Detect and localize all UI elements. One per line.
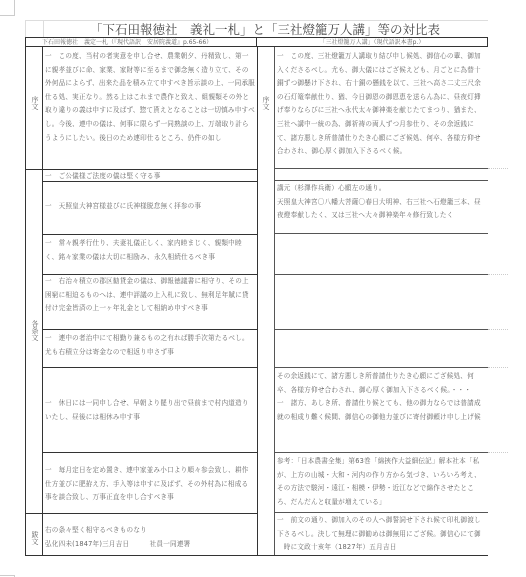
left-article-3: 一 常々親孝行仕り、夫妻礼儀正しく、家内睦まじく、親類中睦く、銘々家業の儀は大切… (43, 237, 257, 273)
right-row-divider (274, 274, 488, 275)
right-article-7-reference: 参考：「日本農書全集」第63巻「綿挾作大益細伝記」解本社本「私が、上方の山城・大… (275, 455, 488, 512)
right-table-bottom (257, 555, 488, 556)
left-article-2: 一 天照皇大神宮様並びに氏神様脱怠無く拝参の事 (43, 200, 257, 220)
guide-mark (488, 168, 508, 169)
left-article-7: 一 毎月定日を定め置き、連中家並み小口より順々参会致し、耕作仕方並びに肥拵え方、… (43, 464, 257, 510)
left-row-divider (25, 513, 257, 514)
right-epilogue-date: 時に文政十亥年（1827年）五月吉日 (275, 541, 488, 555)
right-article-6: その余返銭にて、諸方悪しき所普請仕りたき心願にござ候処、何卒、各様方仰せ合わされ… (275, 370, 488, 452)
section-label-text: 序文 (28, 96, 41, 110)
guide-mark (488, 274, 508, 275)
right-row-divider (274, 367, 488, 368)
guide-mark (488, 329, 508, 330)
right-row-divider (274, 233, 488, 234)
right-epilogue-text: 一 前文の通り、御加入のその人へ御誓詞せ下され候て印札御渡し下さるべし。決して無… (275, 514, 488, 542)
left-table-outer-border (25, 47, 26, 555)
section-label-epilogue: 跋文 (28, 531, 40, 550)
section-label-preface-right: 序文 (259, 96, 271, 115)
right-row-divider (274, 180, 488, 181)
left-epilogue-line-2: 弘化四未(1847年)三月吉日 社員一同連署 (43, 538, 257, 552)
section-label-text: 序文 (259, 96, 272, 110)
right-article-2: 講元（杉澤作兵衛）心願左の通り。 天照皇大神宮〇八幡大菩薩〇春日大明神、右三社へ… (275, 182, 488, 232)
left-article-4: 一 右治々積立の郡区勧貸金の儀は、御報徳議書に相守り、その上困窮に相迫るものへは… (43, 275, 257, 329)
left-row-divider (42, 367, 257, 368)
left-epilogue-line-1: 右の条々堅く相守るべきものなり (43, 524, 257, 538)
header-left: 下石田報徳社 義定一札（『現代語訳 安居院義道』p.65-66） (25, 37, 257, 47)
section-label-articles: 各条文 (28, 320, 40, 346)
guide-mark (488, 452, 508, 453)
left-row-divider (42, 329, 257, 330)
left-table-bottom (25, 555, 257, 556)
section-label-preface-left: 序文 (28, 96, 40, 115)
right-row-divider (274, 329, 488, 330)
left-row-divider (42, 452, 257, 453)
center-divider (257, 47, 258, 555)
section-label-text: 跋文 (28, 531, 41, 545)
right-row-divider (274, 452, 488, 453)
section-label-text: 各条文 (28, 320, 41, 341)
left-row-divider (42, 234, 257, 235)
left-preface-text: 一 この度、当村の者実意を申し合せ、農業朝夕、丹精致し、第一に親孝並びに命、家業… (43, 50, 257, 168)
right-row-divider (274, 512, 488, 513)
guide-mark (488, 367, 508, 368)
right-row-divider (274, 168, 488, 169)
right-preface-text: 一 この度、三社燈籠万人講取り結び申し候処、御信心の輩、御加入くださるべし。尤も… (275, 50, 488, 167)
left-article-6: 一 休日には一同申し合せ、早朝より罷り出で昼前まで村内道造りいたし、昼後には相休… (43, 397, 257, 427)
page-title: 「下石田報徳社 義礼一札」と「三社燈籠万人講」等の対比表 (42, 20, 488, 38)
margin-corner-mark (0, 0, 15, 16)
left-article-1: 一 ご公儀様ご法度の儀は堅く守る事 (43, 170, 257, 182)
left-article-5: 一 連中の者治中にて相勤り兼るもの之有れば勝手次第たるべし。尤も右積立分は寄金な… (43, 332, 257, 366)
header-right: 「三社燈籠万人講」（現代語訳本書p.） (257, 37, 488, 47)
